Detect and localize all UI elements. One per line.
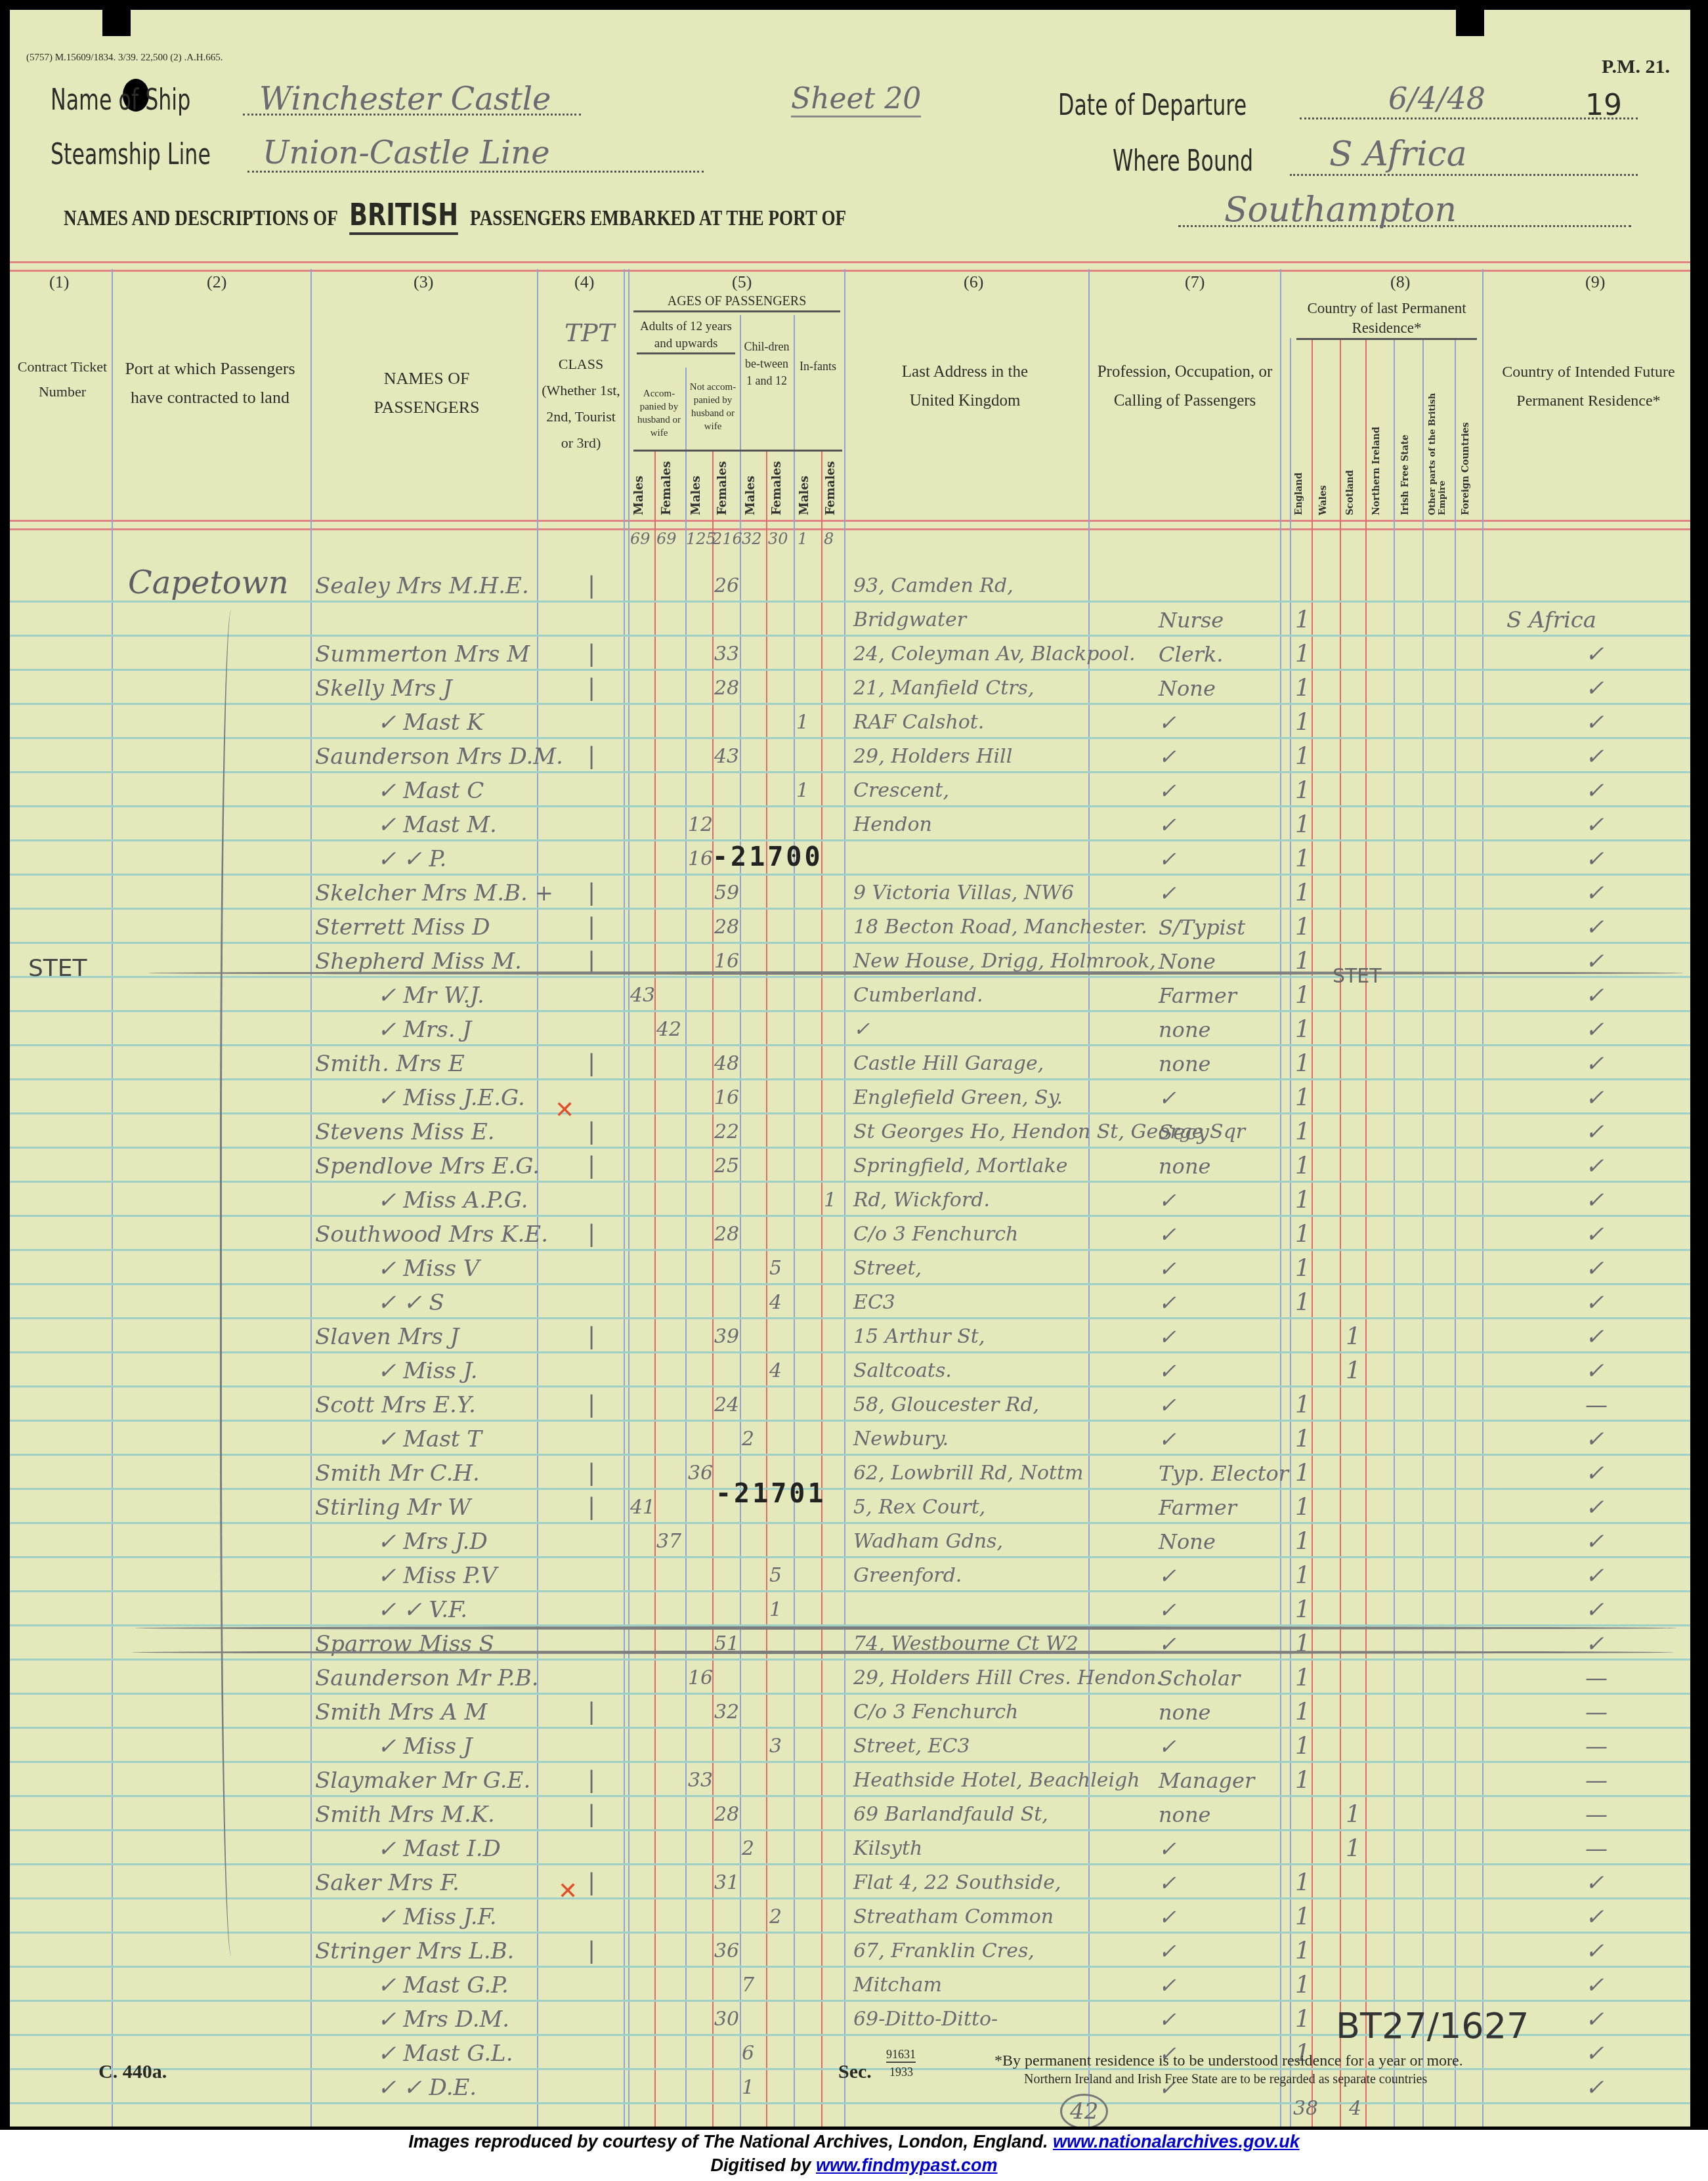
class-mark: | (587, 744, 595, 770)
col-divider-4 (624, 269, 625, 2127)
col5-number: (5) (732, 272, 752, 292)
class-mark: | (587, 1938, 595, 1964)
row-rule (10, 703, 1690, 705)
col5-sub-1 (654, 450, 656, 2127)
future-residence: ✓ (1585, 1051, 1604, 1077)
passenger-age: 5 (769, 1256, 782, 1282)
sec-year: 1933 (889, 2065, 913, 2079)
occupation: ✓ (1159, 1733, 1176, 1760)
footnote-line-1: *By permanent residence is to be underst… (994, 2052, 1463, 2070)
col8-sub-scotland: Scotland (1345, 450, 1356, 515)
passenger-age: 33 (688, 1768, 713, 1794)
country-england: 1 (1295, 1256, 1310, 1282)
occupation: ✓ (1159, 1324, 1176, 1350)
passenger-age: 36 (714, 1938, 739, 1964)
col-divider-7 (1280, 269, 1281, 2127)
row-rule (10, 805, 1690, 807)
col8-sub-1 (1312, 338, 1313, 2127)
country-england: 1 (1295, 1187, 1310, 1214)
stet-note-right: STET (1333, 965, 1382, 988)
country-england: 1 (1295, 675, 1310, 702)
stet-strike-line (148, 971, 1684, 975)
row-rule (10, 1078, 1690, 1080)
country-england: 1 (1295, 1597, 1310, 1623)
col8-sub-england: England (1294, 443, 1304, 515)
last-address: Crescent, (853, 778, 949, 804)
passenger-name: Stirling Mr W (315, 1494, 471, 1521)
occupation: ✓ (1159, 2006, 1176, 2033)
class-mark: | (587, 880, 595, 906)
passenger-name: Smith. Mrs E (315, 1051, 465, 1077)
country-england: 1 (1295, 1051, 1310, 1077)
credit-text: Images reproduced by courtesy of The Nat… (408, 2132, 1048, 2151)
future-residence: ✓ (1585, 778, 1604, 804)
future-residence: ✓ (1585, 641, 1604, 667)
passenger-name: ✓ Miss J.F. (377, 1904, 497, 1930)
passenger-age: 1 (824, 1187, 836, 1214)
future-residence: — (1585, 1665, 1608, 1691)
passenger-age: 1 (742, 2075, 754, 2101)
passenger-age: 1 (769, 1597, 782, 1623)
col8-number: (8) (1390, 272, 1410, 292)
passenger-name: Saunderson Mrs D.M. (315, 744, 563, 770)
last-address: Cumberland. (853, 983, 983, 1009)
bound-value: S Africa (1329, 135, 1467, 174)
country-england: 1 (1295, 1153, 1310, 1179)
col5-sub-males-4: Males (798, 469, 811, 515)
col1-number: (1) (49, 272, 69, 292)
passenger-name: ✓ Mr W.J. (377, 983, 484, 1009)
row-rule (10, 839, 1690, 841)
last-address: Newbury. (853, 1426, 949, 1452)
footnote-line-2: Northern Ireland and Irish Free State ar… (1024, 2072, 1427, 2087)
sheet-value: Sheet 20 (791, 82, 921, 117)
occupation: ✓ (1159, 1392, 1176, 1418)
future-residence: ✓ (1585, 2006, 1604, 2033)
last-address: Street, EC3 (853, 1733, 970, 1760)
occupation: Farmer (1159, 1494, 1237, 1521)
passenger-name: Scott Mrs E.Y. (315, 1392, 476, 1418)
country-england: 1 (1295, 1119, 1310, 1145)
future-residence: ✓ (1585, 2041, 1604, 2067)
country-england: 1 (1295, 948, 1310, 975)
country-england: 1 (1295, 607, 1310, 633)
class-mark: | (587, 1870, 595, 1896)
row-rule (10, 1283, 1690, 1285)
passenger-age: 7 (742, 1972, 754, 1999)
passenger-name: ✓ Mast K (377, 709, 484, 736)
row-rule (10, 908, 1690, 910)
col5-sub-females-3: Females (770, 463, 784, 515)
last-address: 62, Lowbrill Rd, Nottm (853, 1460, 1084, 1487)
passenger-age: 48 (714, 1051, 739, 1077)
last-address: Flat 4, 22 Southside, (853, 1870, 1061, 1896)
country-england: 1 (1295, 709, 1310, 736)
passenger-name: Smith Mr C.H. (315, 1460, 480, 1487)
last-address: Street, (853, 1256, 922, 1282)
passenger-age: 36 (688, 1460, 713, 1487)
passenger-age: 43 (714, 744, 739, 770)
future-residence: ✓ (1585, 983, 1604, 1009)
future-residence: ✓ (1585, 948, 1604, 975)
country-england: 1 (1295, 778, 1310, 804)
country-england: 1 (1295, 641, 1310, 667)
occupation: None (1159, 675, 1216, 702)
passenger-name: ✓ ✓ V.F. (377, 1597, 467, 1623)
passenger-age: 30 (714, 2006, 739, 2033)
passenger-name: Saker Mrs F. (315, 1870, 459, 1896)
future-residence: ✓ (1585, 1597, 1604, 1623)
occupation: ✓ (1159, 1085, 1176, 1111)
passenger-name: Smith Mrs A M (315, 1699, 487, 1726)
class-mark: | (587, 641, 595, 667)
age-totals: 6969125216323018 (630, 530, 847, 548)
col5-header: AGES OF PASSENGERS (633, 292, 840, 312)
row-rule (10, 942, 1690, 944)
occupation: ✓ (1159, 1836, 1176, 1862)
occupation: none (1159, 1153, 1210, 1179)
future-residence: — (1585, 1699, 1608, 1726)
occupation: ✓ (1159, 1221, 1176, 1248)
passenger-age: 37 (656, 1529, 681, 1555)
class-mark: | (587, 1324, 595, 1350)
findmypast-link[interactable]: www.findmypast.com (816, 2155, 998, 2175)
last-address: ✓ (853, 1017, 870, 1043)
country-england: 1 (1295, 1733, 1310, 1760)
col7-number: (7) (1185, 272, 1205, 292)
occupation: ✓ (1159, 744, 1176, 770)
class-mark: | (587, 1392, 595, 1418)
last-address: 93, Camden Rd, (853, 573, 1014, 599)
col5-children-header: Chil-dren be-tween 1 and 12 (741, 338, 792, 389)
passenger-name: ✓ ✓ P. (377, 846, 446, 872)
col2-header: Port at which Passengers have contracted… (125, 354, 295, 412)
last-address: C/o 3 Fenchurch (853, 1699, 1018, 1726)
col5-sub-males-2: Males (689, 469, 703, 515)
country-england: 1 (1346, 1802, 1361, 1828)
future-residence: ✓ (1585, 1017, 1604, 1043)
passenger-age: 4 (769, 1358, 782, 1384)
row-rule (10, 2102, 1690, 2104)
country-england: 1 (1295, 880, 1310, 906)
col-divider-6 (1088, 269, 1090, 2127)
future-residence: ✓ (1585, 1529, 1604, 1555)
class-mark: | (587, 1051, 595, 1077)
future-residence: — (1585, 1392, 1608, 1418)
occupation: none (1159, 1051, 1210, 1077)
row-rule (10, 1897, 1690, 1899)
tna-link[interactable]: www.nationalarchives.gov.uk (1053, 2132, 1300, 2151)
row-rule (10, 1966, 1690, 1968)
last-address: Rd, Wickford. (853, 1187, 990, 1214)
last-address: Mitcham (853, 1972, 942, 1999)
circled-count: 42 (1060, 2094, 1108, 2127)
occupation: Typ. Elector (1159, 1460, 1289, 1487)
passenger-age: 2 (742, 1836, 754, 1862)
last-address: 24, Coleyman Av, Blackpool. (853, 641, 1136, 667)
col8-sub-2 (1340, 338, 1341, 2127)
port-value: Southampton (1224, 190, 1457, 230)
port-of-landing: Capetown (128, 564, 289, 601)
passenger-name: ✓ Mast G.P. (377, 1972, 509, 1999)
col5-sub-4 (740, 315, 741, 2127)
row-rule (10, 1829, 1690, 1831)
passenger-name: Smith Mrs M.K. (315, 1802, 495, 1828)
date-century: 19 (1585, 89, 1622, 122)
row-rule (10, 976, 1690, 978)
row-rule (10, 1454, 1690, 1456)
occupation: ✓ (1159, 1870, 1176, 1896)
col5-sub-females-1: Females (660, 463, 673, 515)
passenger-age: 24 (714, 1392, 739, 1418)
country-england: 1 (1295, 1938, 1310, 1964)
occupation: None (1159, 1529, 1216, 1555)
passenger-age: 42 (656, 1017, 681, 1043)
row-rule (10, 1351, 1690, 1353)
row-rule (10, 874, 1690, 876)
header-top-rule (10, 261, 1690, 272)
country-england: 1 (1295, 914, 1310, 941)
last-address: Streatham Common (853, 1904, 1054, 1930)
future-residence: ✓ (1585, 1358, 1604, 1384)
row-rule (10, 1863, 1690, 1865)
future-residence: ✓ (1585, 1085, 1604, 1111)
last-address: Greenford. (853, 1563, 962, 1589)
col6-number: (6) (964, 272, 983, 292)
col5-sub-2 (685, 368, 687, 2127)
occupation: Nurse (1159, 607, 1224, 633)
class-mark: | (587, 948, 595, 975)
col5-sub-5 (766, 450, 767, 2127)
col5-sub-males-1: Males (632, 469, 646, 515)
row-rule (10, 2000, 1690, 2002)
passenger-age: 16 (714, 1085, 739, 1111)
occupation: Clerk. (1159, 641, 1224, 667)
row-rule (10, 771, 1690, 773)
row-rule (10, 1556, 1690, 1558)
last-address: Heathside Hotel, Beachleigh (853, 1768, 1140, 1794)
sec-number: 91631 (886, 2048, 916, 2063)
col8-sub-3 (1365, 338, 1367, 2127)
country-england: 1 (1346, 1358, 1361, 1384)
passenger-name: Stringer Mrs L.B. (315, 1938, 514, 1964)
col8-header: Country of last Permanent Residence* (1296, 299, 1477, 340)
country-england: 1 (1295, 1290, 1310, 1316)
passenger-age: 59 (714, 880, 739, 906)
occupation: ✓ (1159, 709, 1176, 736)
future-residence: S Africa (1506, 607, 1596, 633)
last-address: 58, Gloucester Rd, (853, 1392, 1039, 1418)
passenger-name: ✓ Mast I.D (377, 1836, 501, 1862)
occupation: ✓ (1159, 1187, 1176, 1214)
occupation: ✓ (1159, 1426, 1176, 1452)
last-address: Bridgwater (853, 607, 966, 633)
col4-header: CLASS (Whether 1st, 2nd, Tourist or 3rd) (542, 351, 620, 456)
passenger-name: ✓ ✓ D.E. (377, 2075, 477, 2101)
future-residence: — (1585, 1836, 1608, 1862)
passenger-name: Shepherd Miss M. (315, 948, 522, 975)
country-england: 1 (1295, 1665, 1310, 1691)
future-residence: ✓ (1585, 709, 1604, 736)
last-address: 67, Franklin Cres, (853, 1938, 1035, 1964)
last-address: 18 Becton Road, Manchester. (853, 914, 1147, 941)
col-divider-2 (310, 269, 312, 2127)
occupation: ✓ (1159, 1256, 1176, 1282)
stamp-21700: -21700 (712, 842, 823, 872)
future-residence: ✓ (1585, 1426, 1604, 1452)
row-rule (10, 1659, 1690, 1661)
country-england: 1 (1295, 1904, 1310, 1930)
col5-sub-males-3: Males (744, 469, 758, 515)
country-england: 1 (1295, 983, 1310, 1009)
future-residence: ✓ (1585, 1904, 1604, 1930)
passenger-age: 28 (714, 1802, 739, 1828)
class-mark: | (587, 573, 595, 599)
occupation: ✓ (1159, 1597, 1176, 1623)
future-residence: ✓ (1585, 1563, 1604, 1589)
passenger-name: ✓ Miss V (377, 1256, 479, 1282)
occupation: ✓ (1159, 1904, 1176, 1930)
occupation: ✓ (1159, 1358, 1176, 1384)
occupation: S/Typist (1159, 914, 1245, 941)
passenger-age: 25 (714, 1153, 739, 1179)
future-residence: ✓ (1585, 1938, 1604, 1964)
digitised-label: Digitised by (710, 2155, 811, 2175)
form-number: P.M. 21. (1602, 56, 1670, 78)
row-rule (10, 1761, 1690, 1763)
last-address: Englefield Green, Sy. (853, 1085, 1063, 1111)
passenger-name: Skelcher Mrs M.B. + (315, 880, 553, 906)
last-address: EC3 (853, 1290, 895, 1316)
col8-sub-0 (1290, 338, 1291, 2127)
col5-sub-7 (821, 450, 822, 2127)
class-mark: | (587, 1494, 595, 1521)
country-england: 1 (1295, 1460, 1310, 1487)
row-rule (10, 1727, 1690, 1729)
col9-header: Country of Intended Future Permanent Res… (1497, 358, 1680, 415)
stet-note-left: STET (28, 955, 87, 982)
last-address: Springfield, Mortlake (853, 1153, 1067, 1179)
col5-sub-6 (794, 315, 795, 2127)
row-rule (10, 1215, 1690, 1217)
country-england: 1 (1295, 1699, 1310, 1726)
row-rule (10, 1010, 1690, 1012)
last-address: C/o 3 Fenchurch (853, 1221, 1018, 1248)
future-residence: ✓ (1585, 812, 1604, 838)
row-rule (10, 1181, 1690, 1183)
passenger-name: ✓ Mrs J.D (377, 1529, 488, 1555)
passenger-age: 1 (796, 709, 809, 736)
header-bottom-rule (10, 520, 1690, 530)
last-address: 29, Holders Hill Cres. Hendon. (853, 1665, 1163, 1691)
class-mark: | (587, 1153, 595, 1179)
last-address: New House, Drigg, Holmrook, (853, 948, 1156, 975)
occupation: ✓ (1159, 880, 1176, 906)
future-residence: ✓ (1585, 1870, 1604, 1896)
punch-hole-top-right (1456, 10, 1484, 36)
country-england: 1 (1295, 1972, 1310, 1999)
passenger-age: 43 (630, 983, 655, 1009)
stamp-21701: -21701 (715, 1479, 826, 1509)
col5-subheader-rule (633, 450, 842, 452)
class-mark: | (587, 1768, 595, 1794)
england-total: 38 (1293, 2097, 1318, 2120)
passenger-name: ✓ Mast C (377, 778, 484, 804)
last-address: Wadham Gdns, (853, 1529, 1003, 1555)
col8-sub-4 (1394, 338, 1395, 2127)
passenger-name: Slaven Mrs J (315, 1324, 459, 1350)
last-address: 15 Arthur St, (853, 1324, 985, 1350)
class-mark: | (587, 1802, 595, 1828)
passenger-age: 2 (742, 1426, 754, 1452)
col3-header: NAMES OF PASSENGERS (351, 364, 502, 422)
row-rule (10, 1044, 1690, 1046)
date-label: Date of Departure (1058, 89, 1320, 122)
col-divider-8 (1482, 269, 1484, 2127)
passenger-age: 32 (714, 1699, 739, 1726)
col5-sub-3 (712, 450, 714, 2127)
last-address: Castle Hill Garage, (853, 1051, 1044, 1077)
future-residence: ✓ (1585, 1221, 1604, 1248)
passenger-age: 28 (714, 1221, 739, 1248)
col8-sub-5 (1422, 338, 1424, 2127)
col8-sub-6 (1455, 338, 1456, 2127)
passenger-age: 3 (769, 1733, 782, 1760)
list-title: NAMES AND DESCRIPTIONS OF BRITISH PASSEN… (64, 197, 1042, 232)
row-rule (10, 1112, 1690, 1114)
row-rule (10, 1249, 1690, 1251)
class-mark: | (587, 914, 595, 941)
occupation: Secy (1159, 1119, 1209, 1145)
country-england: 1 (1295, 2006, 1310, 2033)
last-address: Kilsyth (853, 1836, 922, 1862)
ship-value: Winchester Castle (259, 81, 551, 117)
class-mark: | (587, 1460, 595, 1487)
future-residence: ✓ (1585, 846, 1604, 872)
country-england: 1 (1295, 846, 1310, 872)
passenger-age: 16 (688, 846, 713, 872)
passenger-name: ✓ Mrs D.M. (377, 2006, 509, 2033)
row-rule (10, 1795, 1690, 1797)
last-address: Saltcoats. (853, 1358, 952, 1384)
col5-sub-0 (628, 269, 630, 2127)
passenger-age: 4 (769, 1290, 782, 1316)
sparrow-strike-line (135, 1626, 1677, 1630)
future-residence: ✓ (1585, 744, 1604, 770)
future-residence: ✓ (1585, 1494, 1604, 1521)
class-mark: | (587, 1119, 595, 1145)
col5-sub-females-2: Females (715, 463, 729, 515)
passenger-name: ✓ ✓ S (377, 1290, 444, 1316)
print-code: (5757) M.15609/1834. 3/39. 22,500 (2) .A… (26, 53, 223, 64)
row-rule (10, 737, 1690, 739)
line-value: Union-Castle Line (263, 135, 550, 171)
col-divider-1 (112, 269, 113, 2127)
form-code: C. 440a. (98, 2061, 167, 2083)
future-residence: ✓ (1585, 880, 1604, 906)
col8-sub-wales: Wales (1318, 469, 1329, 515)
passenger-name: ✓ Miss J (377, 1733, 472, 1760)
passenger-name: Sterrett Miss D (315, 914, 490, 941)
col8-sub-other-british-empire: Other parts of the British Empire (1428, 391, 1451, 515)
col6-header: Last Address in the United Kingdom (883, 358, 1047, 415)
passenger-name: ✓ Mast G.L. (377, 2041, 513, 2067)
archive-reference: BT27/1627 (1336, 2005, 1529, 2046)
country-england: 1 (1295, 1392, 1310, 1418)
passenger-age: 26 (714, 573, 739, 599)
saunderson-strike-line (131, 1651, 1674, 1654)
country-england: 1 (1295, 1529, 1310, 1555)
